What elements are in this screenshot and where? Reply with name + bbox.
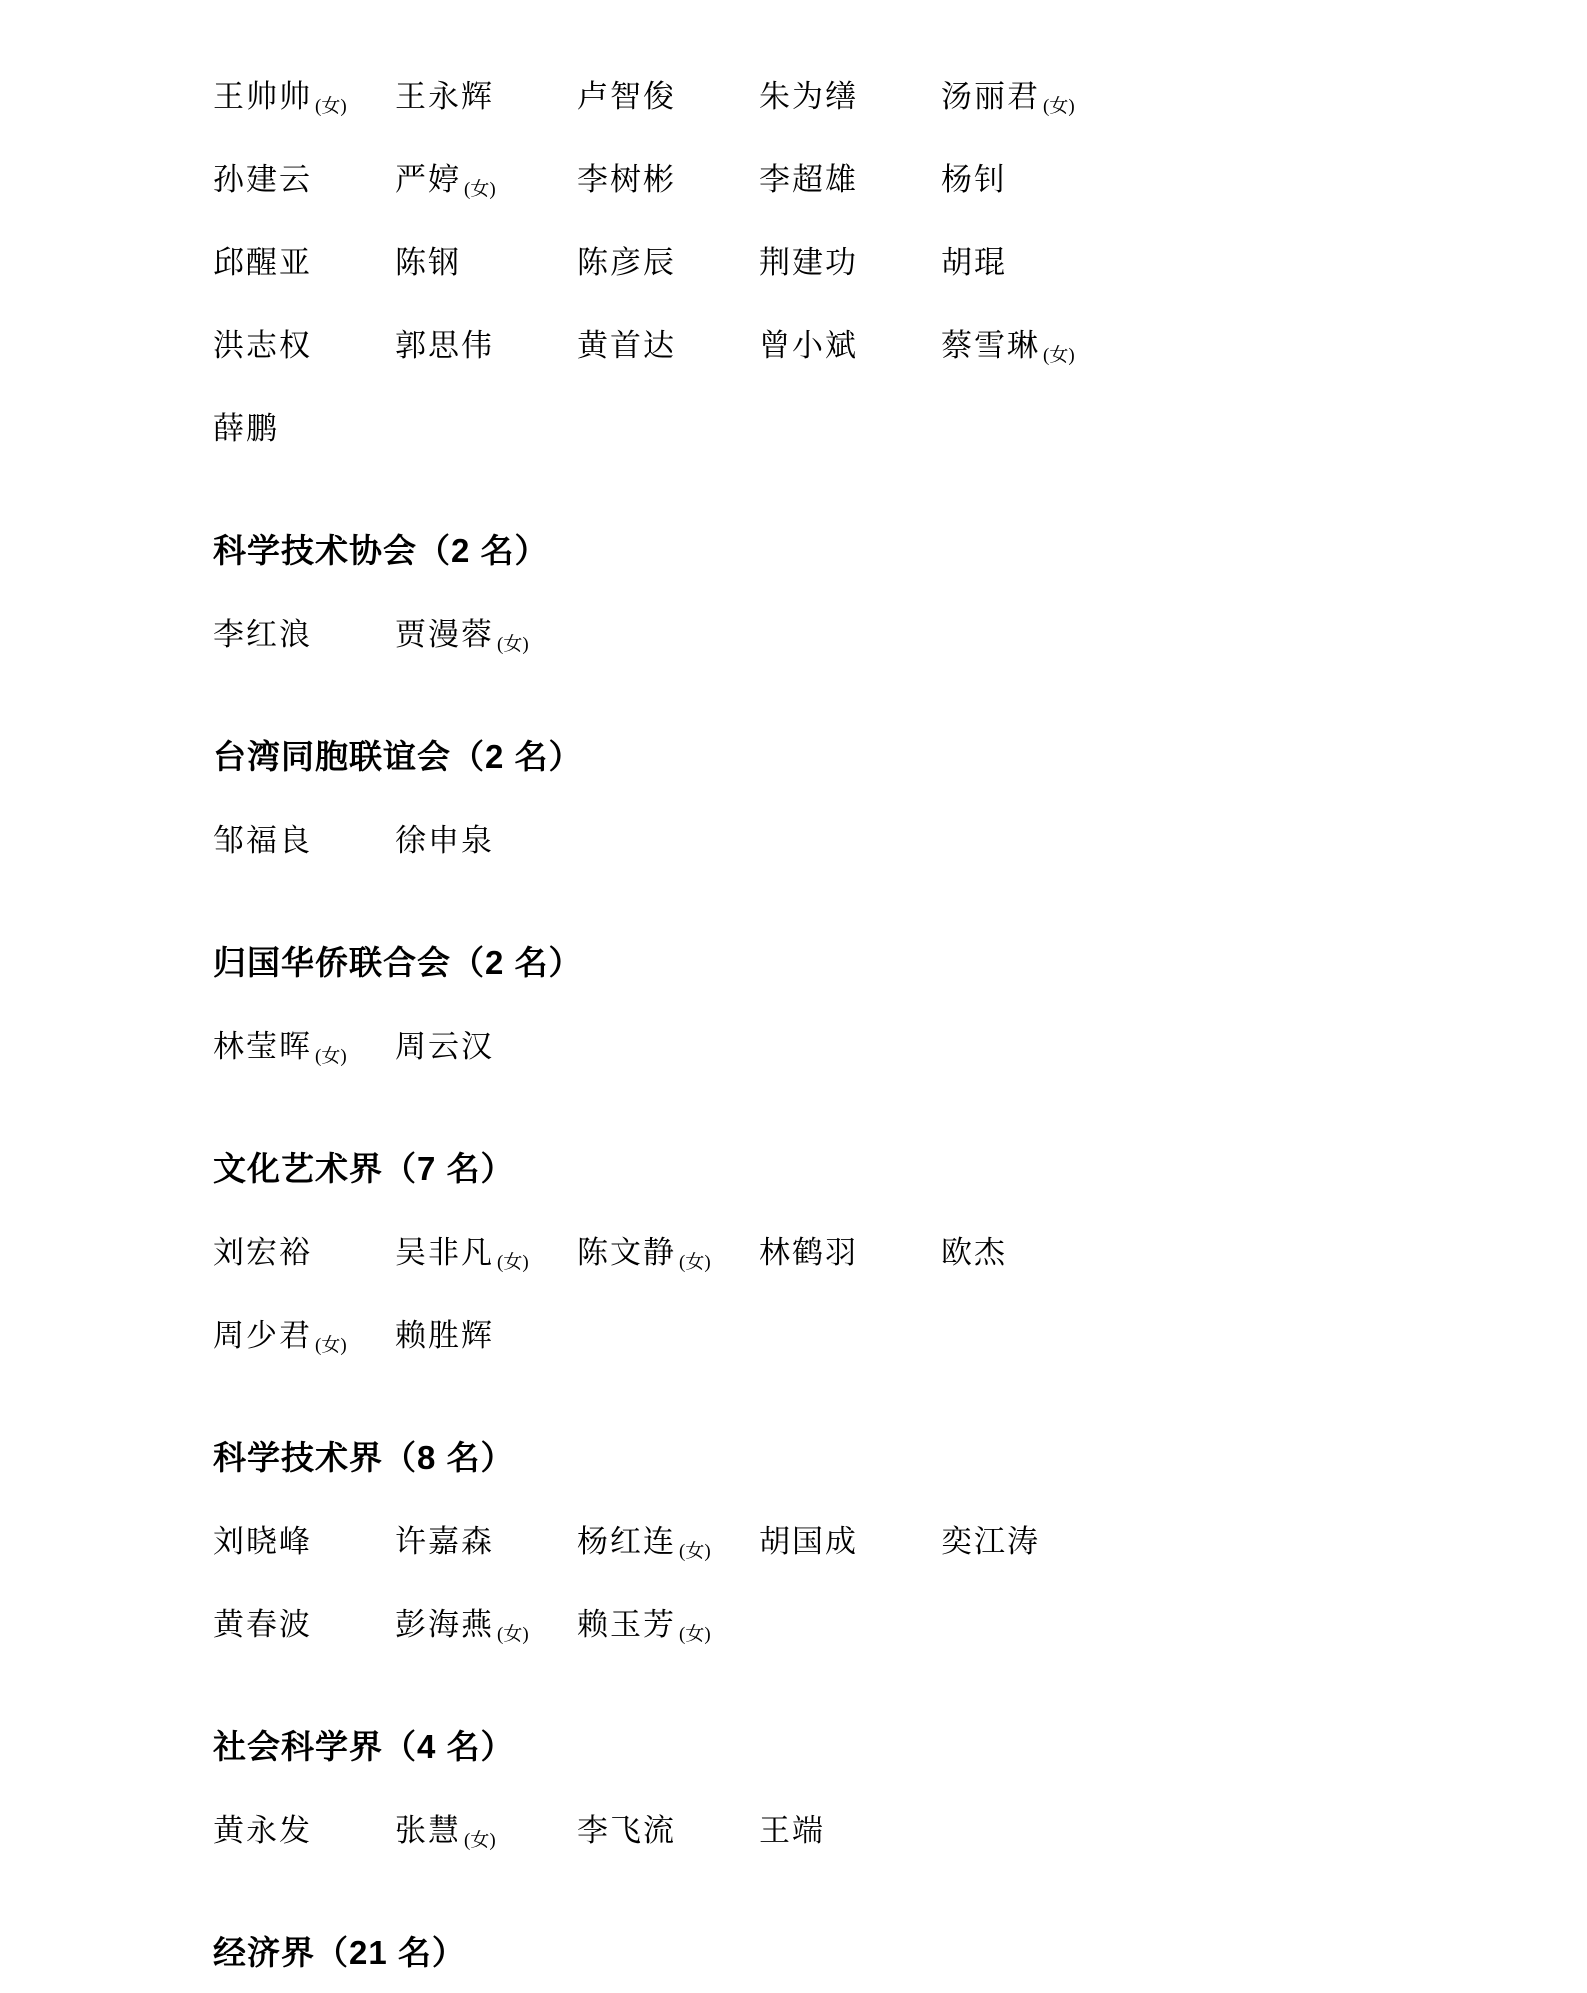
member-name: 陈钢 xyxy=(395,237,577,282)
member-name-text: 严婷 xyxy=(395,162,461,197)
member-name-text: 张慧 xyxy=(395,1813,461,1848)
name-row: 周少君(女)赖胜辉 xyxy=(213,1291,1587,1374)
member-name: 张慧(女) xyxy=(395,1805,577,1850)
member-name-text: 李飞流 xyxy=(577,1813,676,1848)
member-name-text: 黄永发 xyxy=(213,1813,312,1848)
member-name: 荆建功 xyxy=(759,237,941,282)
member-name: 黄春波 xyxy=(213,1599,395,1644)
member-name-text: 黄春波 xyxy=(213,1607,312,1642)
member-name-text: 薛鹏 xyxy=(213,411,279,446)
member-name: 王永辉 xyxy=(395,71,577,116)
name-row: 王帅帅(女)王永辉卢智俊朱为缮汤丽君(女) xyxy=(213,52,1587,135)
document-page: 王帅帅(女)王永辉卢智俊朱为缮汤丽君(女)孙建云严婷(女)李树彬李超雄杨钊邱醒亚… xyxy=(0,0,1587,1993)
female-marker: (女) xyxy=(464,1830,496,1851)
member-name: 胡琨 xyxy=(941,237,1123,282)
female-marker: (女) xyxy=(497,1624,529,1645)
member-name-text: 李树彬 xyxy=(577,162,676,197)
member-name-text: 赖玉芳 xyxy=(577,1607,676,1642)
member-name-text: 欧杰 xyxy=(941,1235,1007,1270)
member-name: 王端 xyxy=(759,1805,941,1850)
member-name: 李飞流 xyxy=(577,1805,759,1850)
name-row: 薛鹏 xyxy=(213,384,1587,467)
member-name-text: 黄首达 xyxy=(577,328,676,363)
member-name: 黄首达 xyxy=(577,320,759,365)
name-row: 孙建云严婷(女)李树彬李超雄杨钊 xyxy=(213,135,1587,218)
section-header: 文化艺术界（7 名） xyxy=(213,1125,1587,1208)
member-name-text: 陈彦辰 xyxy=(577,245,676,280)
member-name: 赖胜辉 xyxy=(395,1310,577,1355)
section-header: 科学技术协会（2 名） xyxy=(213,507,1587,590)
member-name-text: 朱为缮 xyxy=(759,79,858,114)
member-name-text: 胡琨 xyxy=(941,245,1007,280)
member-name-text: 陈文静 xyxy=(577,1235,676,1270)
member-name: 刘晓峰 xyxy=(213,1516,395,1561)
member-name: 汤丽君(女) xyxy=(941,71,1123,116)
member-name: 严婷(女) xyxy=(395,154,577,199)
member-name-text: 林莹晖 xyxy=(213,1029,312,1064)
member-name: 卢智俊 xyxy=(577,71,759,116)
member-name: 洪志权 xyxy=(213,320,395,365)
member-name: 欧杰 xyxy=(941,1227,1123,1272)
member-name: 陈文静(女) xyxy=(577,1227,759,1272)
name-row: 刘宏裕吴非凡(女)陈文静(女)林鹤羽欧杰 xyxy=(213,1208,1587,1291)
member-name: 周少君(女) xyxy=(213,1310,395,1355)
member-name: 邱醒亚 xyxy=(213,237,395,282)
section-header: 经济界（21 名） xyxy=(213,1909,1587,1992)
female-marker: (女) xyxy=(315,1046,347,1067)
name-row: 黄永发张慧(女)李飞流王端 xyxy=(213,1786,1587,1869)
female-marker: (女) xyxy=(679,1624,711,1645)
name-row: 林莹晖(女)周云汉 xyxy=(213,1002,1587,1085)
female-marker: (女) xyxy=(497,1252,529,1273)
member-name: 胡国成 xyxy=(759,1516,941,1561)
member-name-text: 李红浪 xyxy=(213,617,312,652)
member-name-text: 邹福良 xyxy=(213,823,312,858)
member-name: 李树彬 xyxy=(577,154,759,199)
name-row: 刘晓峰许嘉森杨红连(女)胡国成奕江涛 xyxy=(213,1497,1587,1580)
member-name-text: 赖胜辉 xyxy=(395,1318,494,1353)
member-name-text: 李超雄 xyxy=(759,162,858,197)
member-name: 陈彦辰 xyxy=(577,237,759,282)
member-name-text: 邱醒亚 xyxy=(213,245,312,280)
name-row: 邱醒亚陈钢陈彦辰荆建功胡琨 xyxy=(213,218,1587,301)
female-marker: (女) xyxy=(1043,345,1075,366)
member-name: 王帅帅(女) xyxy=(213,71,395,116)
member-name-text: 彭海燕 xyxy=(395,1607,494,1642)
member-name-text: 杨红连 xyxy=(577,1524,676,1559)
member-name-text: 胡国成 xyxy=(759,1524,858,1559)
name-row: 黄春波彭海燕(女)赖玉芳(女) xyxy=(213,1580,1587,1663)
female-marker: (女) xyxy=(679,1252,711,1273)
member-name-text: 王端 xyxy=(759,1813,825,1848)
member-name: 彭海燕(女) xyxy=(395,1599,577,1644)
member-name-text: 汤丽君 xyxy=(941,79,1040,114)
name-list-content: 王帅帅(女)王永辉卢智俊朱为缮汤丽君(女)孙建云严婷(女)李树彬李超雄杨钊邱醒亚… xyxy=(0,0,1587,1992)
member-name-text: 洪志权 xyxy=(213,328,312,363)
member-name-text: 陈钢 xyxy=(395,245,461,280)
name-row: 洪志权郭思伟黄首达曾小斌蔡雪琳(女) xyxy=(213,301,1587,384)
member-name: 李超雄 xyxy=(759,154,941,199)
member-name-text: 王永辉 xyxy=(395,79,494,114)
member-name: 刘宏裕 xyxy=(213,1227,395,1272)
section-header: 归国华侨联合会（2 名） xyxy=(213,919,1587,1002)
member-name-text: 许嘉森 xyxy=(395,1524,494,1559)
member-name-text: 刘晓峰 xyxy=(213,1524,312,1559)
name-row: 李红浪贾漫蓉(女) xyxy=(213,590,1587,673)
member-name-text: 卢智俊 xyxy=(577,79,676,114)
member-name: 黄永发 xyxy=(213,1805,395,1850)
member-name-text: 王帅帅 xyxy=(213,79,312,114)
member-name-text: 周云汉 xyxy=(395,1029,494,1064)
member-name: 徐申泉 xyxy=(395,815,577,860)
member-name-text: 曾小斌 xyxy=(759,328,858,363)
member-name-text: 郭思伟 xyxy=(395,328,494,363)
member-name: 林莹晖(女) xyxy=(213,1021,395,1066)
member-name: 朱为缮 xyxy=(759,71,941,116)
member-name-text: 孙建云 xyxy=(213,162,312,197)
member-name: 曾小斌 xyxy=(759,320,941,365)
member-name: 周云汉 xyxy=(395,1021,577,1066)
member-name: 杨钊 xyxy=(941,154,1123,199)
member-name: 薛鹏 xyxy=(213,403,395,448)
member-name-text: 奕江涛 xyxy=(941,1524,1040,1559)
female-marker: (女) xyxy=(315,1335,347,1356)
member-name: 许嘉森 xyxy=(395,1516,577,1561)
member-name: 贾漫蓉(女) xyxy=(395,609,577,654)
member-name: 杨红连(女) xyxy=(577,1516,759,1561)
section-header: 科学技术界（8 名） xyxy=(213,1414,1587,1497)
member-name: 郭思伟 xyxy=(395,320,577,365)
member-name-text: 周少君 xyxy=(213,1318,312,1353)
member-name: 奕江涛 xyxy=(941,1516,1123,1561)
section-header: 社会科学界（4 名） xyxy=(213,1703,1587,1786)
member-name-text: 杨钊 xyxy=(941,162,1007,197)
member-name: 李红浪 xyxy=(213,609,395,654)
member-name: 邹福良 xyxy=(213,815,395,860)
member-name-text: 刘宏裕 xyxy=(213,1235,312,1270)
member-name: 孙建云 xyxy=(213,154,395,199)
female-marker: (女) xyxy=(315,96,347,117)
member-name-text: 林鹤羽 xyxy=(759,1235,858,1270)
female-marker: (女) xyxy=(497,634,529,655)
member-name: 蔡雪琳(女) xyxy=(941,320,1123,365)
member-name-text: 贾漫蓉 xyxy=(395,617,494,652)
member-name: 林鹤羽 xyxy=(759,1227,941,1272)
member-name-text: 荆建功 xyxy=(759,245,858,280)
female-marker: (女) xyxy=(464,179,496,200)
name-row: 邹福良徐申泉 xyxy=(213,796,1587,879)
member-name-text: 蔡雪琳 xyxy=(941,328,1040,363)
member-name: 吴非凡(女) xyxy=(395,1227,577,1272)
section-header: 台湾同胞联谊会（2 名） xyxy=(213,713,1587,796)
female-marker: (女) xyxy=(679,1541,711,1562)
member-name-text: 徐申泉 xyxy=(395,823,494,858)
member-name: 赖玉芳(女) xyxy=(577,1599,759,1644)
female-marker: (女) xyxy=(1043,96,1075,117)
member-name-text: 吴非凡 xyxy=(395,1235,494,1270)
